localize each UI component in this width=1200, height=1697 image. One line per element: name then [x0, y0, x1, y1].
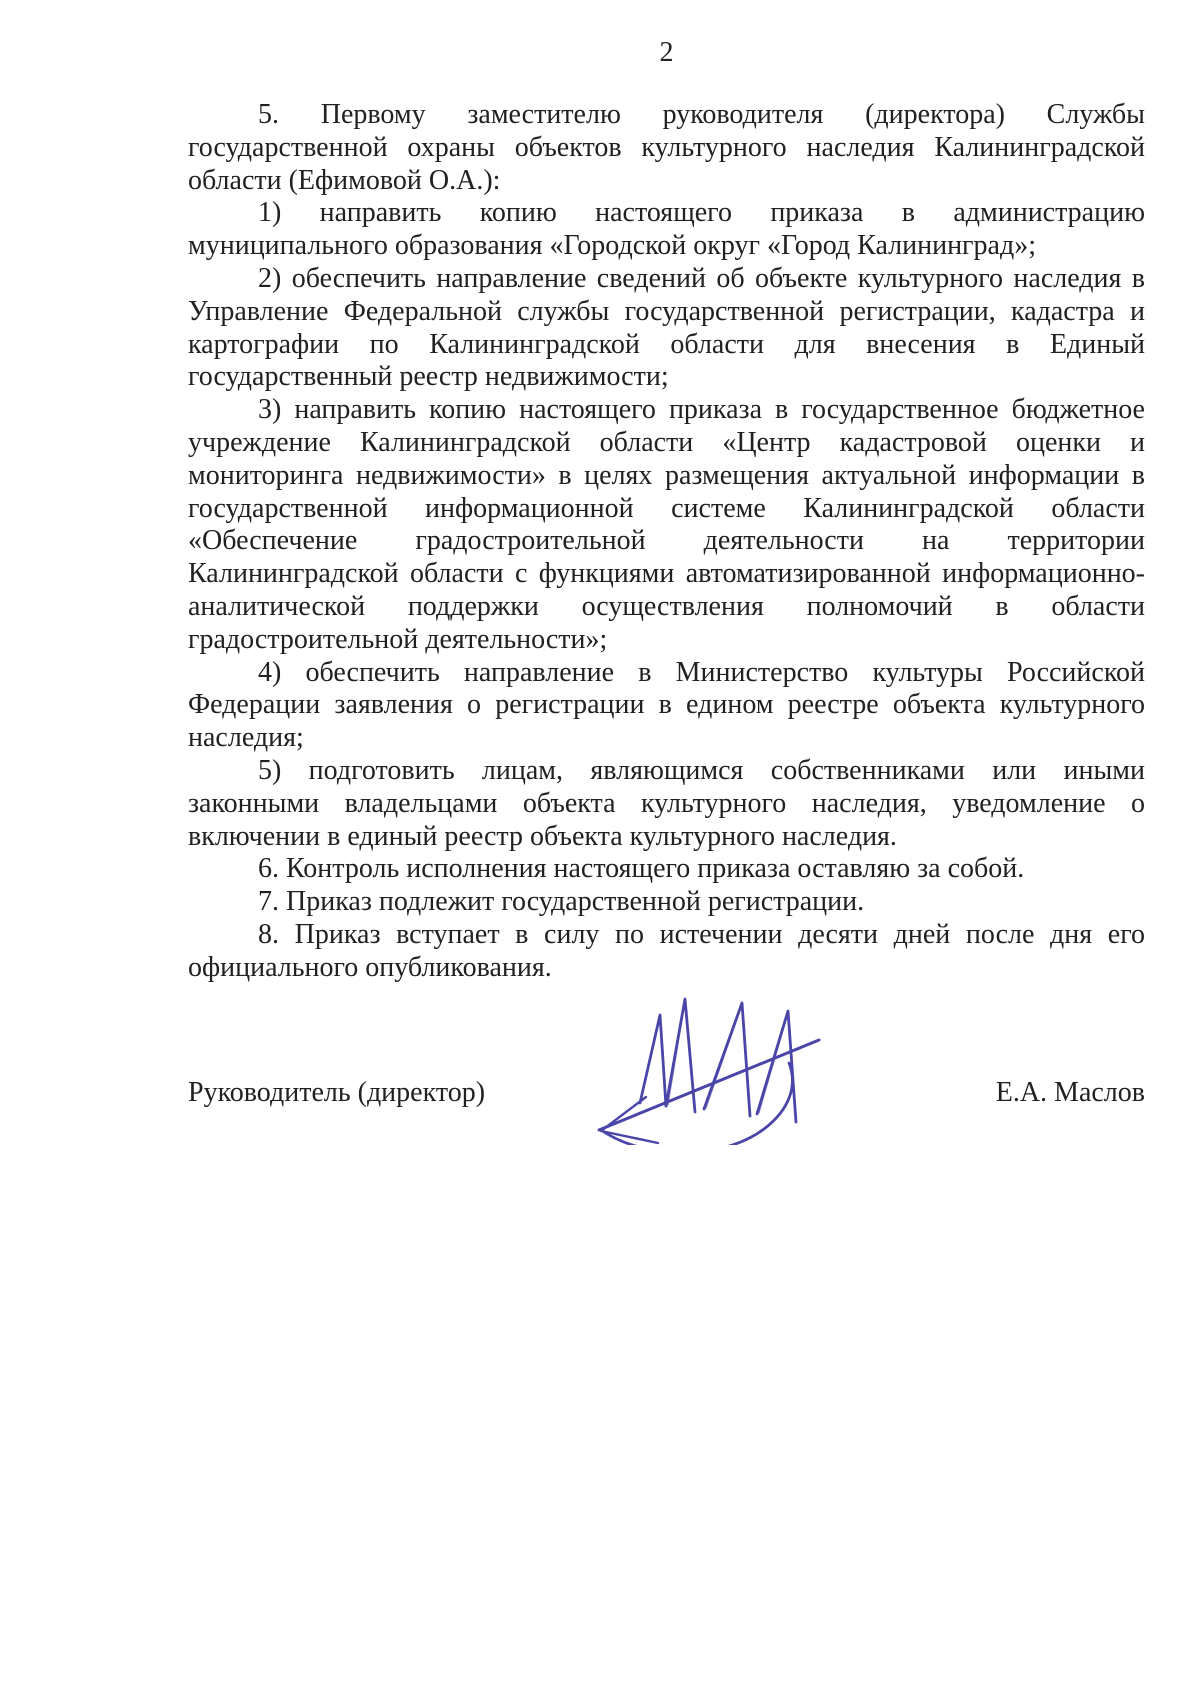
- subparagraph-5-5: 5) подготовить лицам, являющимся собстве…: [188, 755, 1145, 853]
- paragraph-5: 5. Первому заместителю руководителя (дир…: [188, 99, 1145, 197]
- subparagraph-5-2: 2) обеспечить направление сведений об об…: [188, 263, 1145, 394]
- document-page: 2 5. Первому заместителю руководителя (д…: [0, 0, 1200, 1697]
- paragraph-7: 7. Приказ подлежит государственной регис…: [188, 886, 1145, 919]
- page-number: 2: [188, 36, 1145, 69]
- signer-position-label: Руководитель (директор): [188, 1076, 485, 1109]
- subparagraph-5-3: 3) направить копию настоящего приказа в …: [188, 394, 1145, 656]
- subparagraph-5-1: 1) направить копию настоящего приказа в …: [188, 197, 1145, 263]
- paragraph-6: 6. Контроль исполнения настоящего приказ…: [188, 853, 1145, 886]
- signer-name: Е.А. Маслов: [996, 1076, 1145, 1109]
- handwritten-signature-icon: [592, 993, 824, 1145]
- document-body: 5. Первому заместителю руководителя (дир…: [188, 99, 1145, 985]
- paragraph-8: 8. Приказ вступает в силу по истечении д…: [188, 919, 1145, 985]
- subparagraph-5-4: 4) обеспечить направление в Министерство…: [188, 657, 1145, 755]
